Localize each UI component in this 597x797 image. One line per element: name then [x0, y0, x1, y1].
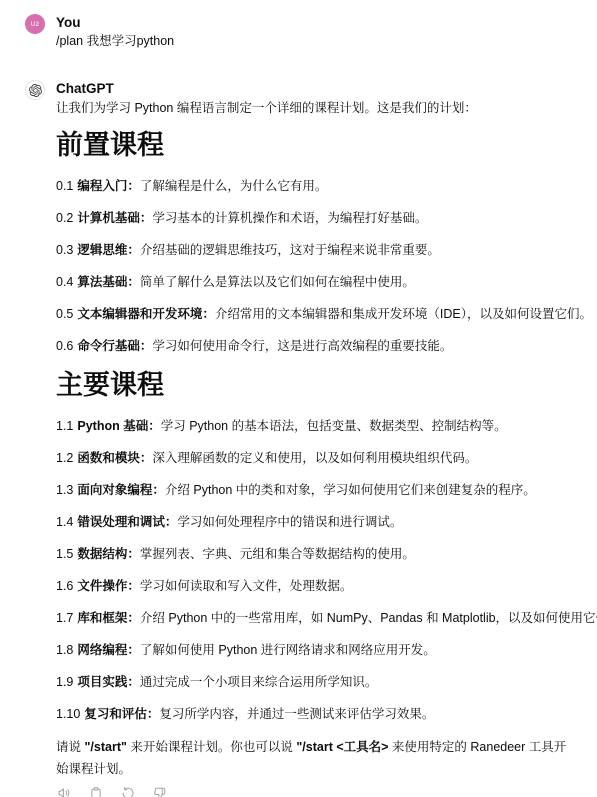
item-title: 库和框架：: [77, 611, 140, 625]
item-number: 1.8: [56, 643, 73, 657]
item-desc: 介绍 Python 中的类和对象，学习如何使用它们来创建复杂的程序。: [165, 483, 536, 497]
item-desc: 简单了解什么是算法以及它们如何在编程中使用。: [140, 275, 415, 289]
read-aloud-button[interactable]: [53, 784, 75, 797]
item-desc: 了解如何使用 Python 进行网络请求和网络应用开发。: [140, 643, 436, 657]
item-number: 1.7: [56, 611, 73, 625]
item-title: 面向对象编程：: [77, 483, 165, 497]
item-title: 错误处理和调试：: [77, 515, 177, 529]
item-number: 0.3: [56, 243, 73, 257]
course-item: 0.2计算机基础：学习基本的计算机操作和术语，为编程打好基础。: [56, 208, 577, 228]
user-author-name: You: [56, 14, 577, 32]
item-desc: 学习基本的计算机操作和术语，为编程打好基础。: [152, 211, 427, 225]
item-desc: 深入理解函数的定义和使用，以及如何利用模块组织代码。: [152, 451, 477, 465]
course-item: 1.3面向对象编程：介绍 Python 中的类和对象，学习如何使用它们来创建复杂…: [56, 480, 577, 500]
item-number: 0.2: [56, 211, 73, 225]
openai-logo-icon: [29, 84, 42, 97]
item-number: 1.9: [56, 675, 73, 689]
speaker-icon: [57, 786, 71, 797]
outro-segment-bold: "/start": [84, 740, 126, 754]
item-title: 编程入门：: [77, 179, 140, 193]
course-item: 1.10复习和评估：复习所学内容，并通过一些测试来评估学习效果。: [56, 704, 577, 724]
intro-paragraph: 让我们为学习 Python 编程语言制定一个详细的课程计划。这是我们的计划：: [56, 98, 577, 118]
course-item: 1.9项目实践：通过完成一个小项目来综合运用所学知识。: [56, 672, 577, 692]
item-desc: 介绍常用的文本编辑器和集成开发环境（IDE），以及如何设置它们。: [215, 307, 592, 321]
clipboard-icon: [89, 786, 103, 797]
item-title: 文本编辑器和开发环境：: [77, 307, 215, 321]
user-message-body: You /plan 我想学习python: [56, 14, 577, 51]
outro-segment: 请说: [56, 740, 84, 754]
item-desc: 掌握列表、字典、元组和集合等数据结构的使用。: [140, 547, 415, 561]
item-desc: 复习所学内容，并通过一些测试来评估学习效果。: [159, 707, 434, 721]
item-title: 复习和评估：: [84, 707, 159, 721]
assistant-message: ChatGPT 让我们为学习 Python 编程语言制定一个详细的课程计划。这是…: [25, 80, 577, 797]
item-title: 数据结构：: [77, 547, 140, 561]
course-item: 1.1Python 基础：学习 Python 的基本语法，包括变量、数据类型、控…: [56, 416, 577, 436]
user-message: U2 You /plan 我想学习python: [25, 14, 577, 51]
item-title: Python 基础：: [77, 419, 160, 433]
user-avatar: U2: [25, 14, 45, 34]
item-number: 1.3: [56, 483, 73, 497]
item-desc: 学习如何处理程序中的错误和进行调试。: [177, 515, 402, 529]
outro-segment: 来开始课程计划。你也可以说: [127, 740, 296, 754]
item-number: 1.2: [56, 451, 73, 465]
outro-segment-bold: "/start <工具名>: [296, 740, 388, 754]
item-desc: 介绍基础的逻辑思维技巧，这对于编程来说非常重要。: [140, 243, 440, 257]
item-number: 0.1: [56, 179, 73, 193]
course-item: 0.1编程入门：了解编程是什么，为什么它有用。: [56, 176, 577, 196]
regenerate-icon: [121, 786, 135, 797]
outro-paragraph: 请说 "/start" 来开始课程计划。你也可以说 "/start <工具名> …: [56, 736, 577, 780]
item-number: 1.5: [56, 547, 73, 561]
course-item: 1.5数据结构：掌握列表、字典、元组和集合等数据结构的使用。: [56, 544, 577, 564]
course-item: 1.7库和框架：介绍 Python 中的一些常用库，如 NumPy、Pandas…: [56, 608, 577, 628]
chatgpt-avatar: [25, 80, 45, 100]
section-heading-prerequisites: 前置课程: [56, 128, 577, 162]
course-item: 1.4错误处理和调试：学习如何处理程序中的错误和进行调试。: [56, 512, 577, 532]
course-item: 0.6命令行基础：学习如何使用命令行，这是进行高效编程的重要技能。: [56, 336, 577, 356]
item-number: 1.6: [56, 579, 73, 593]
item-number: 1.1: [56, 419, 73, 433]
item-title: 项目实践：: [77, 675, 140, 689]
item-desc: 了解编程是什么，为什么它有用。: [140, 179, 328, 193]
course-item: 0.5文本编辑器和开发环境：介绍常用的文本编辑器和集成开发环境（IDE），以及如…: [56, 304, 577, 324]
copy-button[interactable]: [85, 784, 107, 797]
item-desc: 通过完成一个小项目来综合运用所学知识。: [140, 675, 378, 689]
course-item: 1.8网络编程：了解如何使用 Python 进行网络请求和网络应用开发。: [56, 640, 577, 660]
bad-response-button[interactable]: [149, 784, 171, 797]
course-item: 1.6文件操作：学习如何读取和写入文件，处理数据。: [56, 576, 577, 596]
course-item: 1.2函数和模块：深入理解函数的定义和使用，以及如何利用模块组织代码。: [56, 448, 577, 468]
chat-conversation: U2 You /plan 我想学习python ChatGPT 让我们为学习 P…: [0, 0, 597, 797]
item-number: 0.6: [56, 339, 73, 353]
course-item: 0.3逻辑思维：介绍基础的逻辑思维技巧，这对于编程来说非常重要。: [56, 240, 577, 260]
item-title: 文件操作：: [77, 579, 140, 593]
thumbs-down-icon: [153, 786, 167, 797]
course-item: 0.4算法基础：简单了解什么是算法以及它们如何在编程中使用。: [56, 272, 577, 292]
assistant-message-body: ChatGPT 让我们为学习 Python 编程语言制定一个详细的课程计划。这是…: [56, 80, 577, 797]
user-avatar-initials: U2: [31, 21, 40, 28]
assistant-author-name: ChatGPT: [56, 80, 577, 98]
item-title: 网络编程：: [77, 643, 140, 657]
message-actions: [53, 784, 577, 797]
item-desc: 介绍 Python 中的一些常用库，如 NumPy、Pandas 和 Matpl…: [140, 611, 597, 625]
item-title: 计算机基础：: [77, 211, 152, 225]
user-message-text: /plan 我想学习python: [56, 32, 577, 51]
item-number: 0.4: [56, 275, 73, 289]
item-number: 0.5: [56, 307, 73, 321]
item-desc: 学习如何读取和写入文件，处理数据。: [140, 579, 353, 593]
item-number: 1.10: [56, 707, 80, 721]
item-title: 逻辑思维：: [77, 243, 140, 257]
item-number: 1.4: [56, 515, 73, 529]
section-heading-main: 主要课程: [56, 368, 577, 402]
item-title: 算法基础：: [77, 275, 140, 289]
item-title: 命令行基础：: [77, 339, 152, 353]
item-desc: 学习 Python 的基本语法，包括变量、数据类型、控制结构等。: [161, 419, 507, 433]
item-desc: 学习如何使用命令行，这是进行高效编程的重要技能。: [152, 339, 452, 353]
regenerate-button[interactable]: [117, 784, 139, 797]
item-title: 函数和模块：: [77, 451, 152, 465]
